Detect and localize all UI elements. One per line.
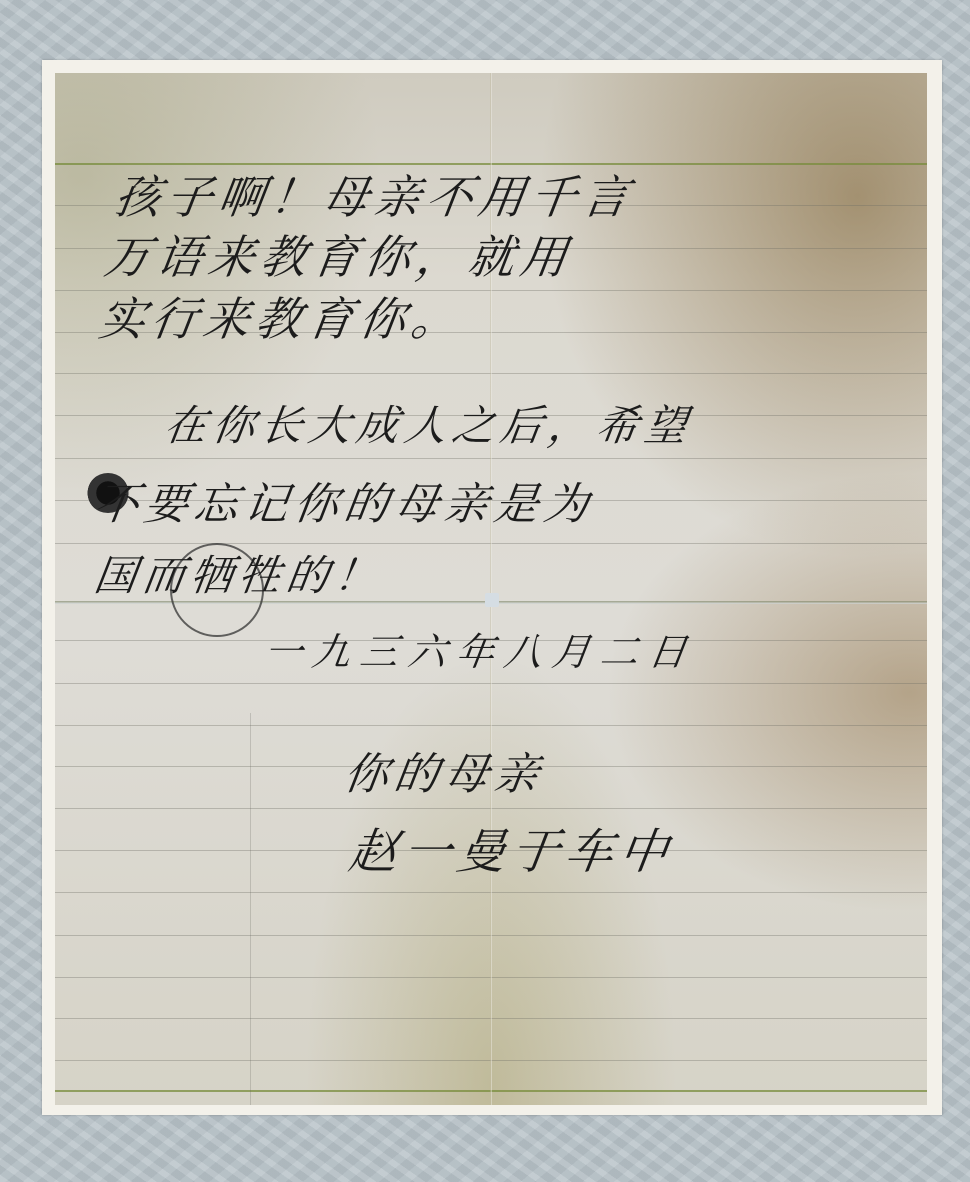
letter-line-6: 国而牺牲的！ bbox=[91, 543, 387, 603]
letter-line-1: 孩子啊！母亲不用千言 bbox=[110, 161, 639, 227]
signature-line-2: 赵一曼于车中 bbox=[345, 813, 679, 882]
letter-line-3: 实行来教育你。 bbox=[95, 283, 468, 349]
crease-wear-spot bbox=[485, 593, 499, 607]
letter-line-5: 不要忘记你的母亲是为 bbox=[91, 468, 600, 532]
margin-line bbox=[250, 713, 251, 1105]
signature-line-1: 你的母亲 bbox=[341, 738, 550, 802]
letter-line-4: 在你长大成人之后，希望 bbox=[161, 393, 697, 453]
letter-date: 一九三六年八月二日 bbox=[261, 621, 701, 676]
letter-paper: 孩子啊！母亲不用千言 万语来教育你，就用 实行来教育你。 在你长大成人之后，希望… bbox=[55, 73, 927, 1105]
letter-line-2: 万语来教育你，就用 bbox=[100, 221, 577, 287]
